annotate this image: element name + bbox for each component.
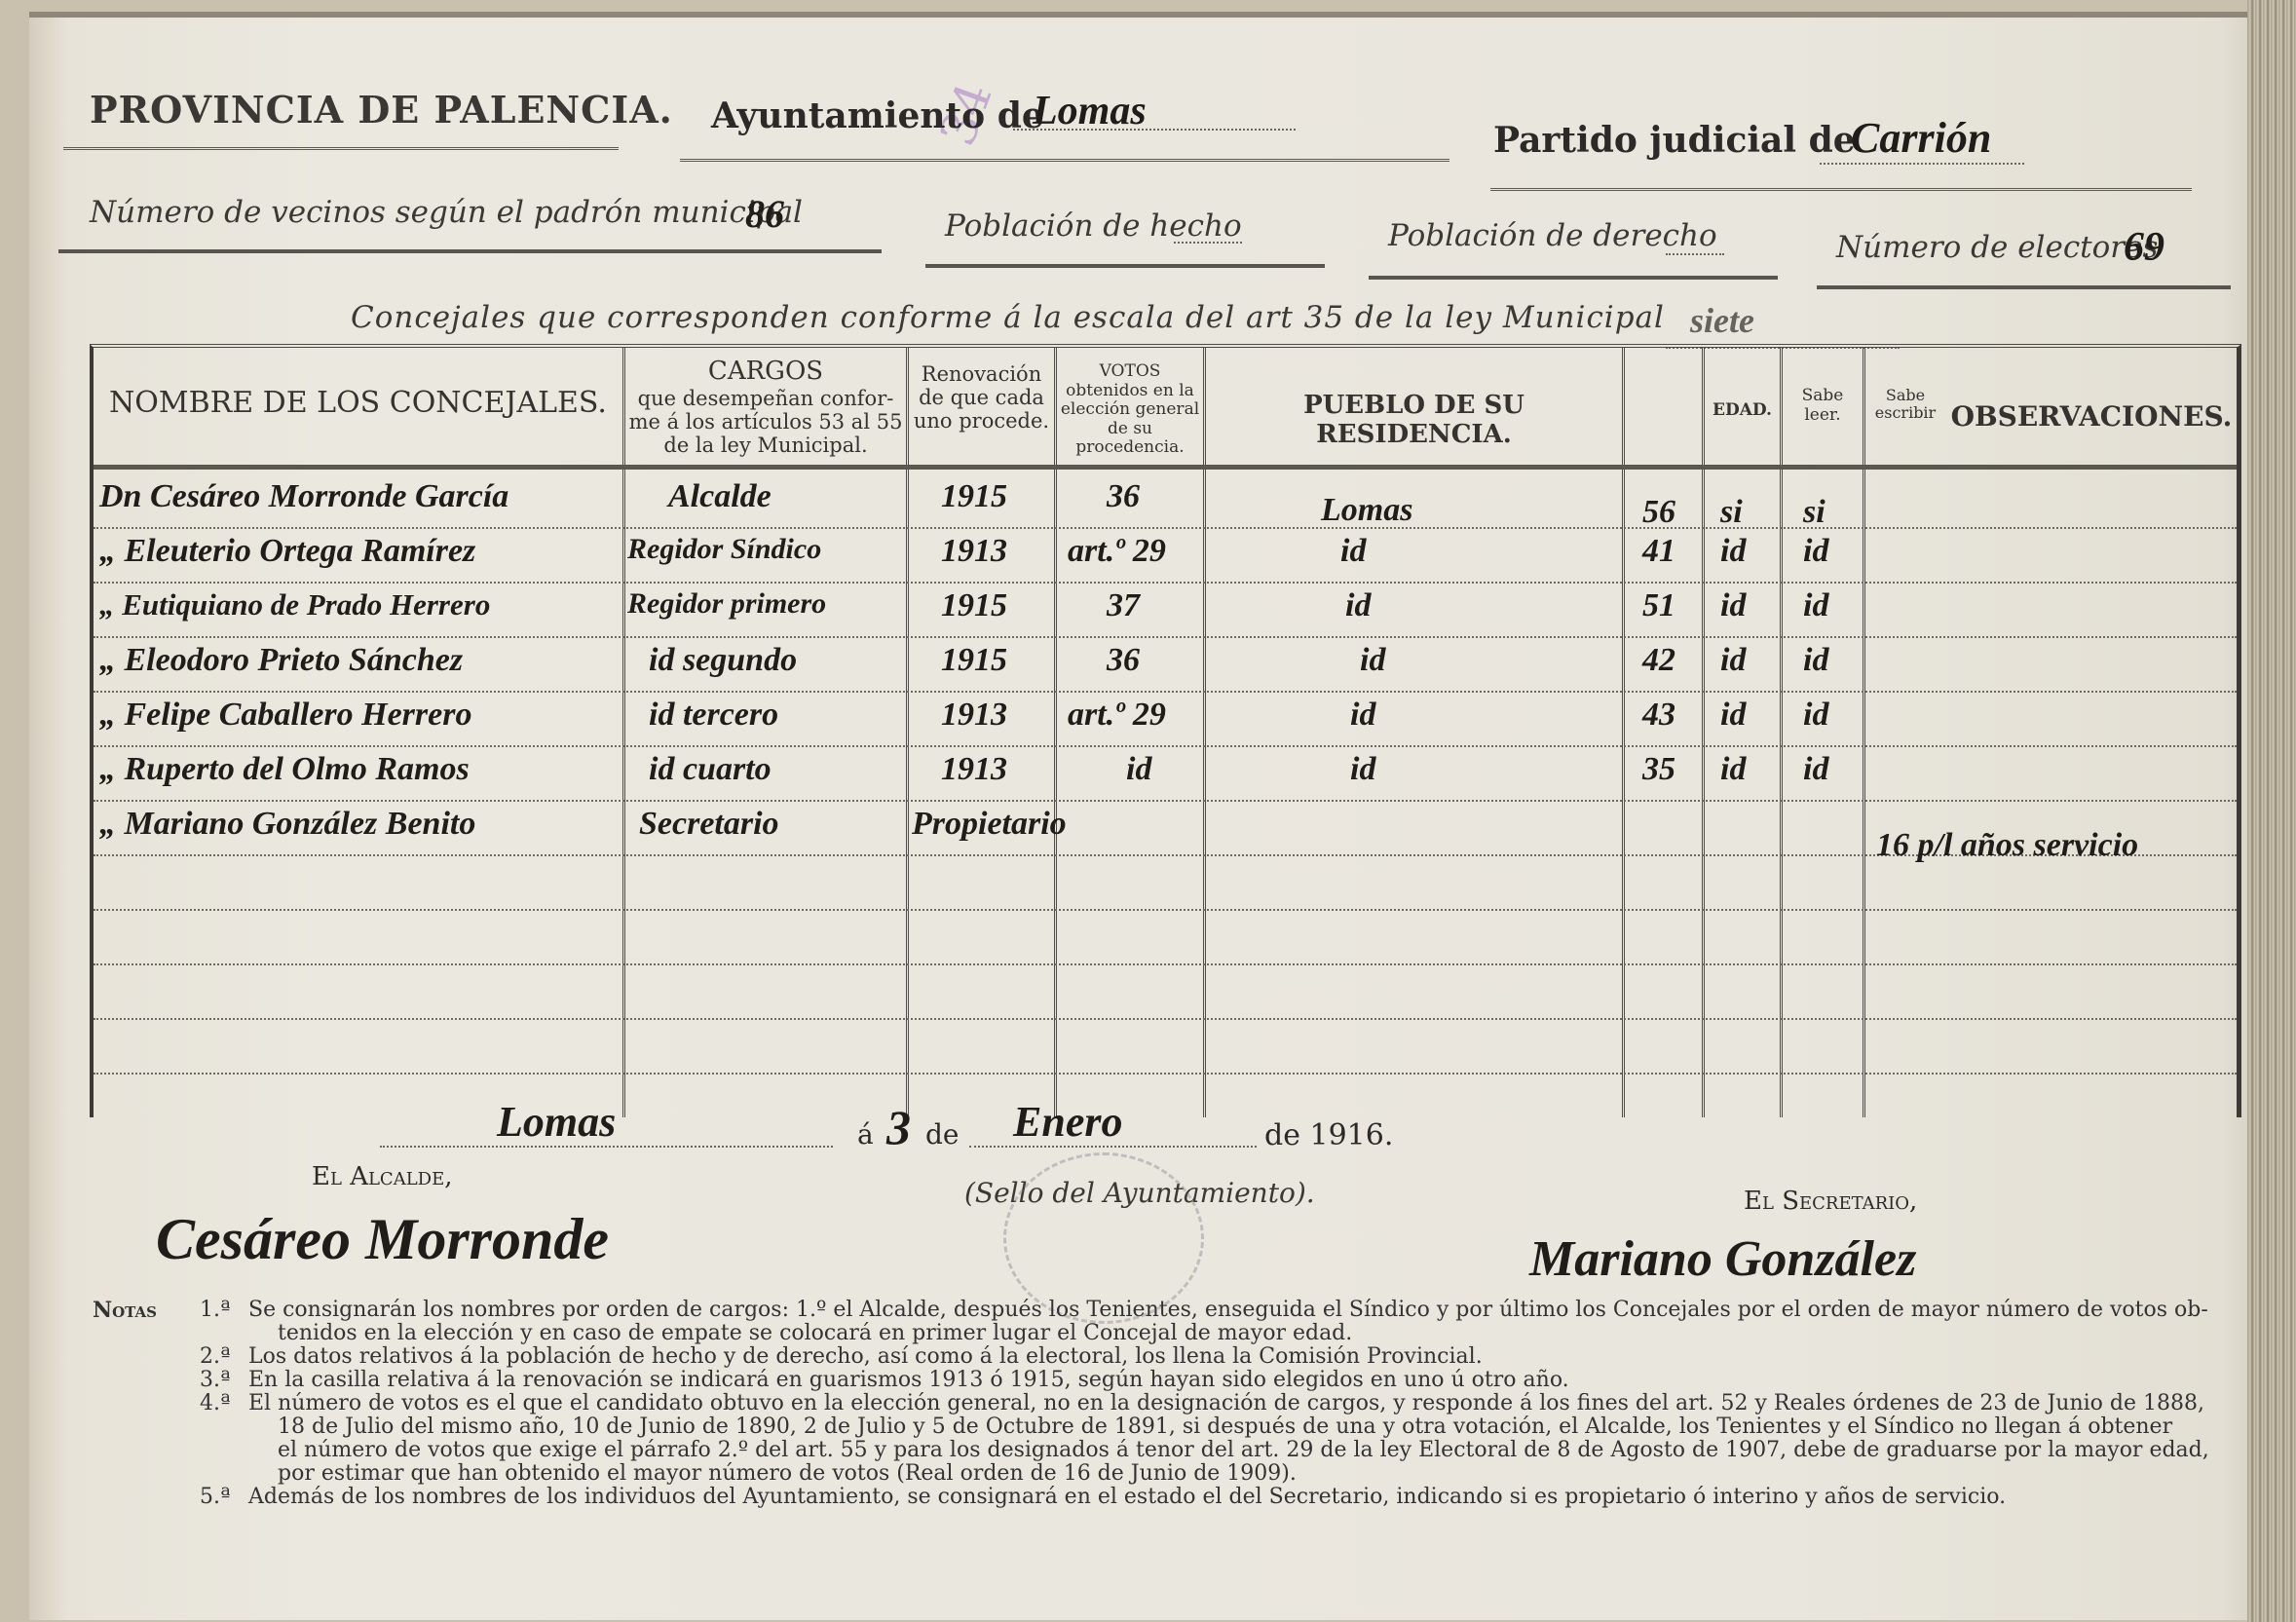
table-row-empty xyxy=(94,963,2237,1020)
electores-value: 69 xyxy=(2124,224,2164,271)
table-row: „ Felipe Caballero Herrero id tercero 19… xyxy=(94,691,2237,747)
cell-nombre: „ Eleodoro Prieto Sánchez xyxy=(99,642,463,679)
ayuntamiento-value: Lomas xyxy=(1033,88,1147,134)
notes-label: Notas xyxy=(93,1299,157,1322)
table-row-empty xyxy=(94,1018,2237,1075)
header-votos-title: VOTOS xyxy=(1059,362,1201,382)
cell-votos: 37 xyxy=(1107,587,1140,624)
cell-escribir: id xyxy=(1803,697,1828,734)
header-cargos-title: CARGOS xyxy=(627,358,904,387)
cell-votos: 36 xyxy=(1107,642,1140,679)
partido-underline xyxy=(1490,188,2192,191)
cell-edad: 42 xyxy=(1642,642,1675,679)
book-page-edges xyxy=(2247,0,2296,1622)
cell-renovacion: 1913 xyxy=(941,697,1007,734)
cell-nombre: „ Eleuterio Ortega Ramírez xyxy=(99,533,475,570)
note-1: Se consignarán los nombres por orden de … xyxy=(248,1299,2208,1322)
cell-nombre: „ Eutiquiano de Prado Herrero xyxy=(99,587,490,622)
cell-cargo: Secretario xyxy=(639,806,779,843)
note-1-cont: tenidos en la elección y en caso de empa… xyxy=(278,1322,1352,1345)
note-number: 4.ª xyxy=(200,1392,230,1415)
secretario-label: El Secretario, xyxy=(1744,1187,1917,1216)
note-4-cont: por estimar que han obtenido el mayor nú… xyxy=(278,1462,1297,1486)
note-number: 5.ª xyxy=(200,1486,230,1509)
ayuntamiento-underline xyxy=(680,159,1449,162)
cell-renovacion: Propietario xyxy=(912,806,1067,843)
cell-nombre: „ Mariano González Benito xyxy=(99,806,475,843)
cell-leer: id xyxy=(1720,697,1746,734)
partido-label: Partido judicial de xyxy=(1493,120,1856,161)
header-leer: Sabe leer. xyxy=(1785,387,1861,425)
cell-escribir: si xyxy=(1803,494,1826,531)
cell-edad: 56 xyxy=(1642,494,1675,531)
cell-cargo: id segundo xyxy=(649,642,797,679)
cell-escribir: id xyxy=(1803,533,1828,570)
cell-pueblo: id xyxy=(1350,697,1375,734)
poblacion-derecho-dots xyxy=(1666,251,1724,255)
cell-cargo: Regidor Síndico xyxy=(627,533,821,566)
partido-value: Carrión xyxy=(1851,113,1991,163)
cell-leer: si xyxy=(1720,494,1743,531)
cell-pueblo: Lomas xyxy=(1321,492,1412,529)
header-renovacion: Renovación de que cada uno procede. xyxy=(911,362,1052,433)
header-rule xyxy=(94,465,2237,470)
header-cargos-sub: que desempeñan confor-me á los artículos… xyxy=(627,387,904,457)
province-title: PROVINCIA DE PALENCIA. xyxy=(90,88,673,132)
cell-cargo: Alcalde xyxy=(668,478,772,515)
poblacion-hecho-dots xyxy=(1174,240,1242,244)
cell-leer: id xyxy=(1720,533,1746,570)
date-de: de xyxy=(925,1118,960,1150)
note-4-cont: 18 de Julio del mismo año, 10 de Junio d… xyxy=(278,1415,2172,1439)
header-observaciones: OBSERVACIONES. xyxy=(1950,401,2233,433)
cell-nombre: Dn Cesáreo Morronde García xyxy=(99,478,508,515)
cell-votos: 36 xyxy=(1107,478,1140,515)
cell-leer: id xyxy=(1720,587,1746,624)
cell-votos: id xyxy=(1126,751,1151,788)
cell-nombre: „ Felipe Caballero Herrero xyxy=(99,697,471,734)
secretario-signature: Mariano González xyxy=(1529,1230,1916,1288)
date-place: Lomas xyxy=(497,1097,616,1147)
note-5: Además de los nombres de los individuos … xyxy=(248,1486,2006,1509)
header-cargos: CARGOS que desempeñan confor-me á los ar… xyxy=(627,358,904,457)
cell-nombre: „ Ruperto del Olmo Ramos xyxy=(99,751,470,788)
cell-cargo: id tercero xyxy=(649,697,778,734)
date-a: á xyxy=(857,1118,874,1150)
table-row: „ Eleuterio Ortega Ramírez Regidor Síndi… xyxy=(94,527,2237,584)
cell-edad: 35 xyxy=(1642,751,1675,788)
alcalde-label: El Alcalde, xyxy=(312,1162,453,1191)
table-row: Dn Cesáreo Morronde García Alcalde 1915 … xyxy=(94,472,2237,529)
vecinos-underline xyxy=(58,249,882,253)
note-number: 2.ª xyxy=(200,1345,230,1369)
cell-leer: id xyxy=(1720,751,1746,788)
form-page: 34 PROVINCIA DE PALENCIA. Ayuntamiento d… xyxy=(29,12,2255,1620)
note-number: 1.ª xyxy=(200,1299,230,1322)
electores-underline xyxy=(1817,285,2231,289)
electores-label: Número de electores xyxy=(1836,230,2158,265)
notes-section: Notas1.ªSe consignarán los nombres por o… xyxy=(93,1299,2236,1509)
poblacion-derecho-label: Población de derecho xyxy=(1388,218,1717,253)
cell-renovacion: 1915 xyxy=(941,587,1007,624)
poblacion-derecho-underline xyxy=(1369,276,1778,280)
note-4-cont: el número de votos que exige el párrafo … xyxy=(278,1439,2209,1462)
concejales-table: NOMBRE DE LOS CONCEJALES. CARGOS que des… xyxy=(90,344,2241,1117)
cell-edad: 43 xyxy=(1642,697,1675,734)
note-2: Los datos relativos á la población de he… xyxy=(248,1345,1483,1369)
ayuntamiento-label: Ayuntamiento de xyxy=(711,95,1044,136)
concejales-label: Concejales que corresponden conforme á l… xyxy=(351,300,1665,335)
cell-escribir: id xyxy=(1803,587,1828,624)
table-row: „ Ruperto del Olmo Ramos id cuarto 1913 … xyxy=(94,745,2237,802)
header-votos-sub: obtenidos en la elección general de su p… xyxy=(1059,382,1201,458)
vecinos-value: 86 xyxy=(745,191,784,237)
table-row: „ Eutiquiano de Prado Herrero Regidor pr… xyxy=(94,582,2237,638)
cell-cargo: id cuarto xyxy=(649,751,772,788)
date-day: 3 xyxy=(886,1099,911,1155)
cell-renovacion: 1915 xyxy=(941,478,1007,515)
province-underline xyxy=(63,147,619,150)
header-pueblo: PUEBLO DE SU RESIDENCIA. xyxy=(1208,392,1620,450)
header-votos: VOTOS obtenidos en la elección general d… xyxy=(1059,362,1201,458)
cell-edad: 51 xyxy=(1642,587,1675,624)
concejales-value: siete xyxy=(1690,300,1754,341)
cell-escribir: id xyxy=(1803,751,1828,788)
note-3: En la casilla relativa á la renovación s… xyxy=(248,1369,1569,1392)
header-escribir: Sabe escribir xyxy=(1866,387,1944,423)
cell-renovacion: 1913 xyxy=(941,751,1007,788)
poblacion-hecho-label: Población de hecho xyxy=(945,208,1242,244)
cell-pueblo: id xyxy=(1340,533,1366,570)
cell-edad: 41 xyxy=(1642,533,1675,570)
cell-votos: art.º 29 xyxy=(1068,697,1166,734)
table-row-empty xyxy=(94,854,2237,911)
table-row: „ Eleodoro Prieto Sánchez id segundo 191… xyxy=(94,636,2237,693)
header-edad: EDAD. xyxy=(1707,401,1778,421)
alcalde-signature: Cesáreo Morronde xyxy=(156,1206,609,1273)
table-row-empty xyxy=(94,909,2237,965)
cell-escribir: id xyxy=(1803,642,1828,679)
cell-pueblo: id xyxy=(1360,642,1385,679)
note-number: 3.ª xyxy=(200,1369,230,1392)
cell-pueblo: id xyxy=(1350,751,1375,788)
cell-cargo: Regidor primero xyxy=(627,587,826,621)
cell-renovacion: 1915 xyxy=(941,642,1007,679)
table-row: „ Mariano González Benito Secretario Pro… xyxy=(94,800,2237,856)
cell-renovacion: 1913 xyxy=(941,533,1007,570)
cell-leer: id xyxy=(1720,642,1746,679)
header-nombre: NOMBRE DE LOS CONCEJALES. xyxy=(94,387,622,421)
cell-pueblo: id xyxy=(1345,587,1371,624)
cell-votos: art.º 29 xyxy=(1068,533,1166,570)
poblacion-hecho-underline xyxy=(925,264,1325,268)
note-4: El número de votos es el que el candidat… xyxy=(248,1392,2204,1415)
date-year: de 1916. xyxy=(1264,1118,1393,1152)
date-month: Enero xyxy=(1013,1097,1122,1147)
vecinos-label: Número de vecinos según el padrón munici… xyxy=(90,195,803,230)
